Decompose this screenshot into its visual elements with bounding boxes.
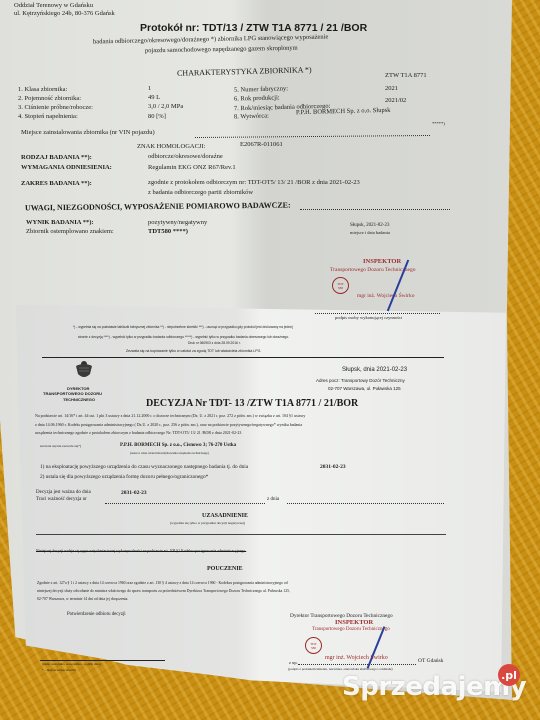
signature-line	[315, 313, 440, 314]
office-address: ul. Kętrzyńskiego 24b, 80-376 Gdańsk	[14, 10, 115, 17]
signature-caption: podpis osoby wykonującej czynności	[335, 315, 402, 320]
expire-date-field	[287, 503, 444, 504]
stamp-label: Zbiornik ostemplowano znakiem:	[26, 228, 114, 235]
receipt-signature-line	[40, 660, 165, 661]
scope-value: zgodnie z protokołem odbiorczym nr: TDT-…	[148, 179, 360, 186]
owner: P.P.H. BORMECH Sp. z o.o., Cisnowo 3; 76…	[120, 443, 236, 448]
office-name: Oddział Terenowy w Gdańsku	[14, 2, 93, 9]
field-label: 6. Rok produkcji:	[234, 94, 280, 102]
test-place-date: Słupsk, 2021-02-23	[350, 223, 389, 228]
legal-basis-3: urządzenia technicznego zgodnie z protok…	[35, 430, 241, 435]
office-code: OT Gdańsk	[418, 658, 443, 664]
inspector-title-2: INSPEKTOR	[335, 619, 373, 626]
director-signature-line	[298, 664, 416, 665]
stamp-value: TDT580 ****)	[148, 228, 188, 235]
instruction-text-3: 02-707 Warszawa, w terminie 14 dni od dn…	[37, 597, 128, 601]
test-place-date-caption: miejsce i data badania	[350, 230, 390, 235]
vin-note: *****)	[432, 121, 445, 126]
result-value: pozytywny/negatywny	[148, 219, 207, 226]
inspector-title: INSPEKTOR	[363, 258, 401, 265]
by-authority: z up.	[289, 660, 298, 665]
grant-label: zezwala się/nie zezwala się*)	[40, 444, 81, 448]
justification-caption: (wypełnia się tylko w przypadku decyzji …	[170, 521, 245, 525]
copy-note: Zezwala się na kopiowanie tylko w całośc…	[126, 349, 261, 353]
inspector-stamp: TDT 580	[332, 277, 349, 294]
field-label: 3. Ciśnienie próbne/robocze:	[18, 104, 93, 111]
decision-item-2: 2) ustala się dla powyższego urządzenia …	[40, 474, 208, 480]
justification-heading: UZASADNIENIE	[202, 513, 248, 519]
scope-label: ZAKRES BADANIA **):	[21, 180, 92, 187]
inspector-name-2: mgr inż. Wojciech Świrko	[325, 655, 388, 661]
valid-date: 2031-02-23	[121, 490, 147, 496]
expire-date-label: z dnia	[267, 497, 279, 502]
decision-title: DECYZJA Nr TDT- 13 /ZTW T1A 8771 / 21/BO…	[146, 398, 358, 409]
field-value: ZTW T1A 8771	[385, 72, 427, 79]
field-label: 5. Numer fabryczny:	[234, 85, 288, 93]
decision-place-date: Słupsk, dnia 2021-02-23	[342, 367, 407, 373]
field-label: 8. Wytwórca:	[234, 113, 269, 121]
instruction-text-2: niniejszej decyzji służy odwołanie do mi…	[37, 589, 290, 593]
owner-caption: (nazwa i adres właściciela/użytkownika u…	[130, 451, 209, 455]
homologation-label: ZNAK HOMOLOGACJI:	[137, 143, 205, 150]
address-line-1: Adres pocz: Transportowy Dozór Techniczn…	[316, 378, 405, 383]
instruction-heading: POUCZENIE	[207, 566, 243, 572]
field-value: 3,0 / 2,0 MPa	[148, 103, 183, 110]
field-value: 2021	[385, 85, 398, 92]
field-value: 80 [%]	[148, 113, 166, 120]
inspector-name: mgr inż. Wojciech Świrko	[357, 293, 415, 299]
print-number: Druk nr 060903 z dnia 28.09.2016 r.	[188, 341, 241, 345]
requirements-label: WYMAGANIA ODNIESIENIA:	[21, 164, 112, 171]
legal-basis-2: z dnia 14.06.1960 r. Kodeks postępowania…	[35, 422, 302, 427]
instruction-text: Zgodnie z art. 127a § 1 i 2 ustawy z dni…	[37, 581, 288, 585]
field-label: 4. Stopień napełnienia:	[18, 113, 78, 120]
legal-basis: Na podstawie art. 14/16* i art. 44 ust. …	[35, 413, 305, 418]
next-test-date: 2031-02-23	[320, 464, 346, 470]
receipt-label: Potwierdzenie odbioru decyzji	[67, 612, 126, 617]
footnote: *) - wypełnia się na podstawie tabliczki…	[73, 325, 293, 329]
test-type-label: RODZAJ BADANIA **):	[21, 154, 92, 161]
field-value: 1	[148, 85, 151, 92]
inspector-stamp-2: TDT 580	[305, 637, 322, 654]
scope-value-2: z badania odbiorczego partii zbiorników	[148, 189, 253, 196]
protocol-title: Protokół nr: TDT/13 / ZTW T1A 8771 / 21 …	[140, 22, 367, 34]
requirements-value: Regulamin EKG ONZ R67/Rev.1	[148, 164, 236, 171]
valid-label: Decyzja jest ważna do dnia	[36, 490, 91, 495]
issuer-line-2: TRANSPORTOWEGO DOZORU	[43, 391, 102, 396]
field-value: 2021/02	[385, 97, 406, 104]
receipt-caption-2: * - niepotrzebne skreślić	[42, 668, 76, 672]
field-value: 49 L	[148, 94, 160, 101]
director-signature-caption: (podpis z podaniem imienia, nazwiska, st…	[288, 667, 393, 671]
eagle-emblem-icon	[73, 360, 95, 382]
field-label: 2. Pojemność zbiornika:	[18, 95, 81, 102]
inspector-org-2: Transportowego Dozoru Technicznego	[312, 627, 390, 632]
expire-number-field	[105, 503, 265, 504]
immediate-enforcement: Niniejszej decyzji nadaje się rygor naty…	[36, 549, 246, 553]
footnote-2: stronie z decyzją ****) - wypełnić tylko…	[78, 335, 289, 339]
decision-item-1: 1) na eksploatację powyższego urządzenia…	[40, 464, 248, 470]
address-line-2: 02-707 Warszawa, ul. Puławska 125	[328, 386, 401, 391]
remarks-field	[300, 209, 450, 210]
justification-line	[36, 534, 446, 535]
field-label: 1. Klasa zbiornika:	[18, 86, 67, 93]
section-divider	[42, 357, 444, 358]
homologation-value: E2067R-011061	[240, 141, 283, 148]
expire-label: Traci ważność decyzja nr	[36, 497, 87, 502]
watermark-badge: .pl	[498, 664, 520, 686]
receipt-caption: (imię, nazwisko, stanowisko, podpis data…	[42, 662, 101, 666]
vin-label: Miejsce zainstalowania zbiornika (nr VIN…	[21, 129, 155, 136]
issuer-line-3: TECHNICZNEGO	[63, 397, 95, 402]
test-type-value: odbiorcze/okresowe/doraźne	[148, 153, 223, 160]
result-label: WYNIK BADANIA **):	[26, 219, 94, 226]
